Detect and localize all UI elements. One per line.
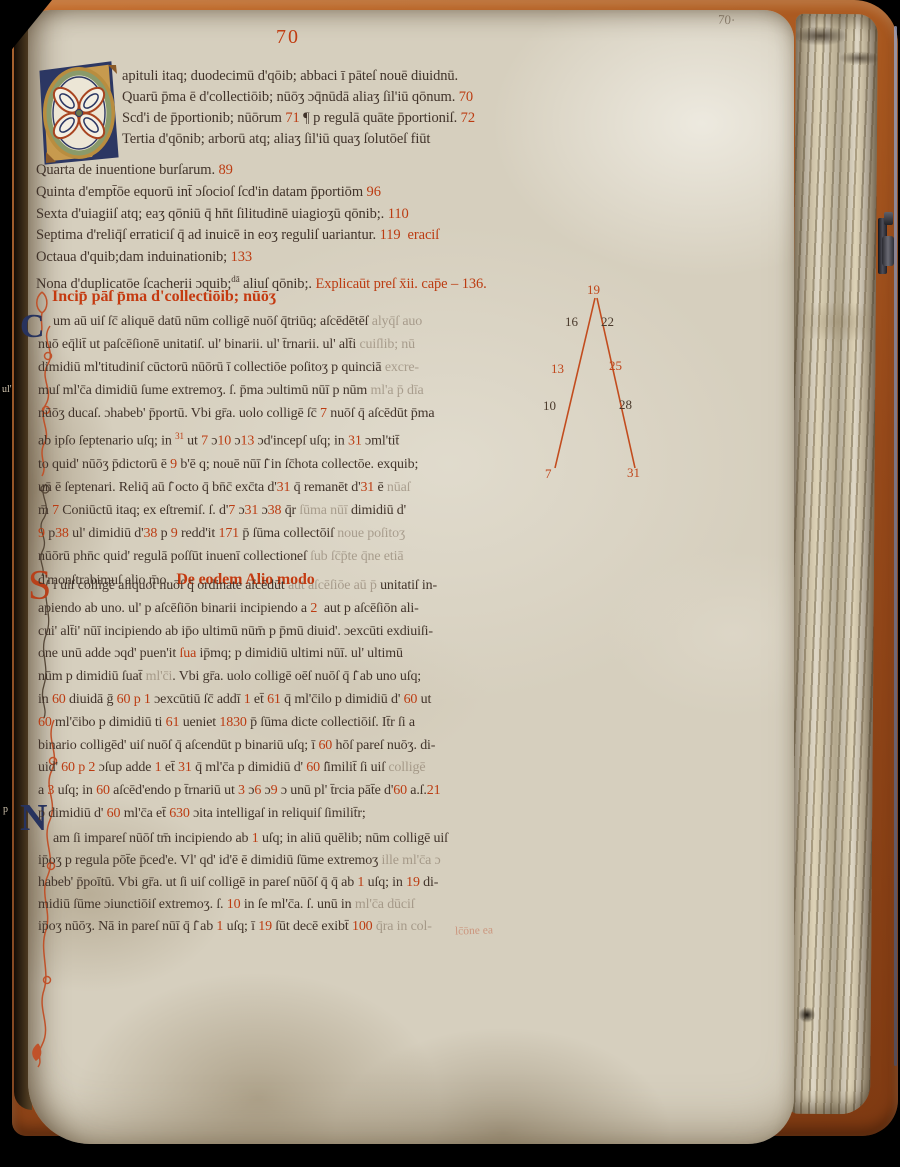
book-clasp <box>874 212 900 284</box>
manuscript-line: to quid' nūōʒ p̄dictorū ē 9 b'ē q; nouē … <box>38 453 434 476</box>
manuscript-line: nuō eq̄lit̄ ut paſcēſionē unitatiſ. ul' … <box>38 333 434 356</box>
manuscript-line: ab ipſo ſeptenario uſq; in 31 ut 7 ɔ10 ɔ… <box>38 425 434 453</box>
manuscript-line: m̄ 7 Coniūctū itaq; ex eſtremiſ. ſ. d'7 … <box>38 499 434 522</box>
diagram-left-value: 16 <box>565 314 579 329</box>
folio-number: 70 <box>276 26 300 49</box>
manuscript-line: midiū ſūme ɔiunctiōiſ extremoʒ. ſ. 10 in… <box>38 894 448 916</box>
clasp-pin <box>884 212 893 225</box>
manuscript-line: a 3 uſq; in 60 aſcēd'endo p t̄rnariū ut … <box>38 780 440 803</box>
manuscript-line: Scd'i de p̄portionib; nūōrum 71 ¶ p regu… <box>122 108 475 129</box>
manuscript-line: 60 ml'c̄ibo p dimidiū ti 61 ueniet 1830 … <box>38 712 440 735</box>
manuscript-line: cui' alt̄i' nūī incipiendo ab ip̄o ultim… <box>38 621 440 644</box>
manuscript-line: apiendo ab uno. ul' p aſcēſiōn binarii i… <box>38 598 440 621</box>
marginal-gloss: p <box>3 804 8 815</box>
manuscript-line: p dimidiū d' 60 ml'c̄a et̄ 630 ɔita inte… <box>38 803 440 826</box>
manuscript-line: dimidiū ml'titudiniſ cūctorū nūōrū ī col… <box>38 356 434 379</box>
diagram-right-value: 22 <box>601 314 614 329</box>
manuscript-line: Septima d'reliq̄ſ erraticiſ q̄ ad inuicē… <box>36 225 487 247</box>
manuscript-line: Quarū p̄ma ē d'collectiōib; nūōʒ ɔq̄nūdā… <box>122 87 475 108</box>
manuscript-line: one unū adde ɔqd' puen'it ſua ip̄mq; p d… <box>38 643 440 666</box>
marginal-gloss: ul' <box>2 384 12 395</box>
manuscript-line: apituli itaq; duodecimū d'qōib; abbaci ī… <box>122 66 475 87</box>
paragraph-1: um aū uiſ ſc̄ aliquē datū nūm colligē nu… <box>38 310 434 592</box>
diagram-left-value: 10 <box>543 398 556 413</box>
manuscript-line: Quinta d'empt̄ōe equorū int̄ ɔſocioſ ſcd… <box>36 182 487 204</box>
diagram-left-value: 13 <box>551 361 564 376</box>
manuscript-line: binario colligēd' uiſ nuōſ q̄ aſcendūt p… <box>38 735 440 758</box>
illuminated-initial-icon <box>34 60 122 166</box>
chapter-list: Quarta de inuentione burſarum. 89Quinta … <box>36 160 487 296</box>
chapter-list-indented: apituli itaq; duodecimū d'qōib; abbaci ī… <box>122 66 475 150</box>
manuscript-line: i uiſ colligē aliquot nuōſ q̄ ordinate a… <box>38 575 440 598</box>
paragraph-3: am ſi impareſ nūōſ tm̄ incipiendo ab 1 u… <box>38 828 448 938</box>
manuscript-line: in 60 diuidā ḡ 60 p 1 ɔexcūtiū ſc̄ addī … <box>38 689 440 712</box>
manuscript-line: nūm p dimidiū ſuat̄ ml'c̄i. Vbi gr̄a. uo… <box>38 666 440 689</box>
diagram-right-value: 28 <box>619 397 632 412</box>
diagram-right-value: 31 <box>627 465 640 480</box>
cover-edge-highlight <box>894 26 897 1066</box>
parchment-page: 70 70· <box>28 10 794 1144</box>
manuscript-line: nūōrū phn̄c quid' regulā poſſūt inuenī c… <box>38 545 434 568</box>
manuscript-line: uid' 60 p 2 ɔſup adde 1 et̄ 31 q̄ ml'c̄a… <box>38 757 440 780</box>
manuscript-line: Sexta d'uiagiiſ atq; eaʒ qōniū q̄ hn̄t ſ… <box>36 204 487 226</box>
faint-trailing-note: lc̄ōne ea <box>455 924 493 937</box>
manuscript-line: habeb' p̄poītū. Vbi gr̄a. ut ſi uiſ coll… <box>38 872 448 894</box>
manuscript-line: 9 p38 ul' dimidiū d'38 p 9 redd'it 171 p… <box>38 522 434 545</box>
manuscript-line: Octaua d'quib;dam induinationib; 133 <box>36 247 487 269</box>
manuscript-line: un̄ ē ſeptenari. Reliq̄ aū ſ̄ octo q̄ bn… <box>38 476 434 499</box>
diagram-left-value: 7 <box>545 466 552 481</box>
manuscript-line: am ſi impareſ nūōſ tm̄ incipiendo ab 1 u… <box>38 828 448 850</box>
manuscript-line: um aū uiſ ſc̄ aliquē datū nūm colligē nu… <box>38 310 434 333</box>
manuscript-line: ip̄oʒ nūōʒ. Nā in pareſ nūī q̄ ſ̄ ab 1 u… <box>38 916 448 938</box>
diagram-apex-value: 19 <box>587 282 600 297</box>
corner-inscription: 70· <box>718 12 736 29</box>
diagram-right-value: 25 <box>609 358 622 373</box>
manuscript-line: Quarta de inuentione burſarum. 89 <box>36 160 487 182</box>
rubric-incipit: Incip̄ pāſ p̄ma d'collectiōib; nūōʒ <box>52 288 276 306</box>
paragraph-2: i uiſ colligē aliquot nuōſ q̄ ordinate a… <box>38 575 440 826</box>
manuscript-line: muſ ml'c̄a dimidiū ſume extremoʒ. ſ. p̄m… <box>38 379 434 402</box>
book-fore-edge-pages <box>788 14 878 1115</box>
manuscript-line: ip̄oʒ p regula pōt̄e p̄ced'e. Vl' qd' id… <box>38 850 448 872</box>
manuscript-line: Tertia d'qōnib; arborū atq; aliaʒ ſil'iū… <box>122 129 475 150</box>
clasp-hook <box>882 236 894 266</box>
number-chevron-diagram: 19 16 22 13 25 10 28 7 31 <box>535 278 675 493</box>
manuscript-line: nūōʒ ducaſ. ɔhabeb' p̄portū. Vbi gr̄a. u… <box>38 402 434 425</box>
